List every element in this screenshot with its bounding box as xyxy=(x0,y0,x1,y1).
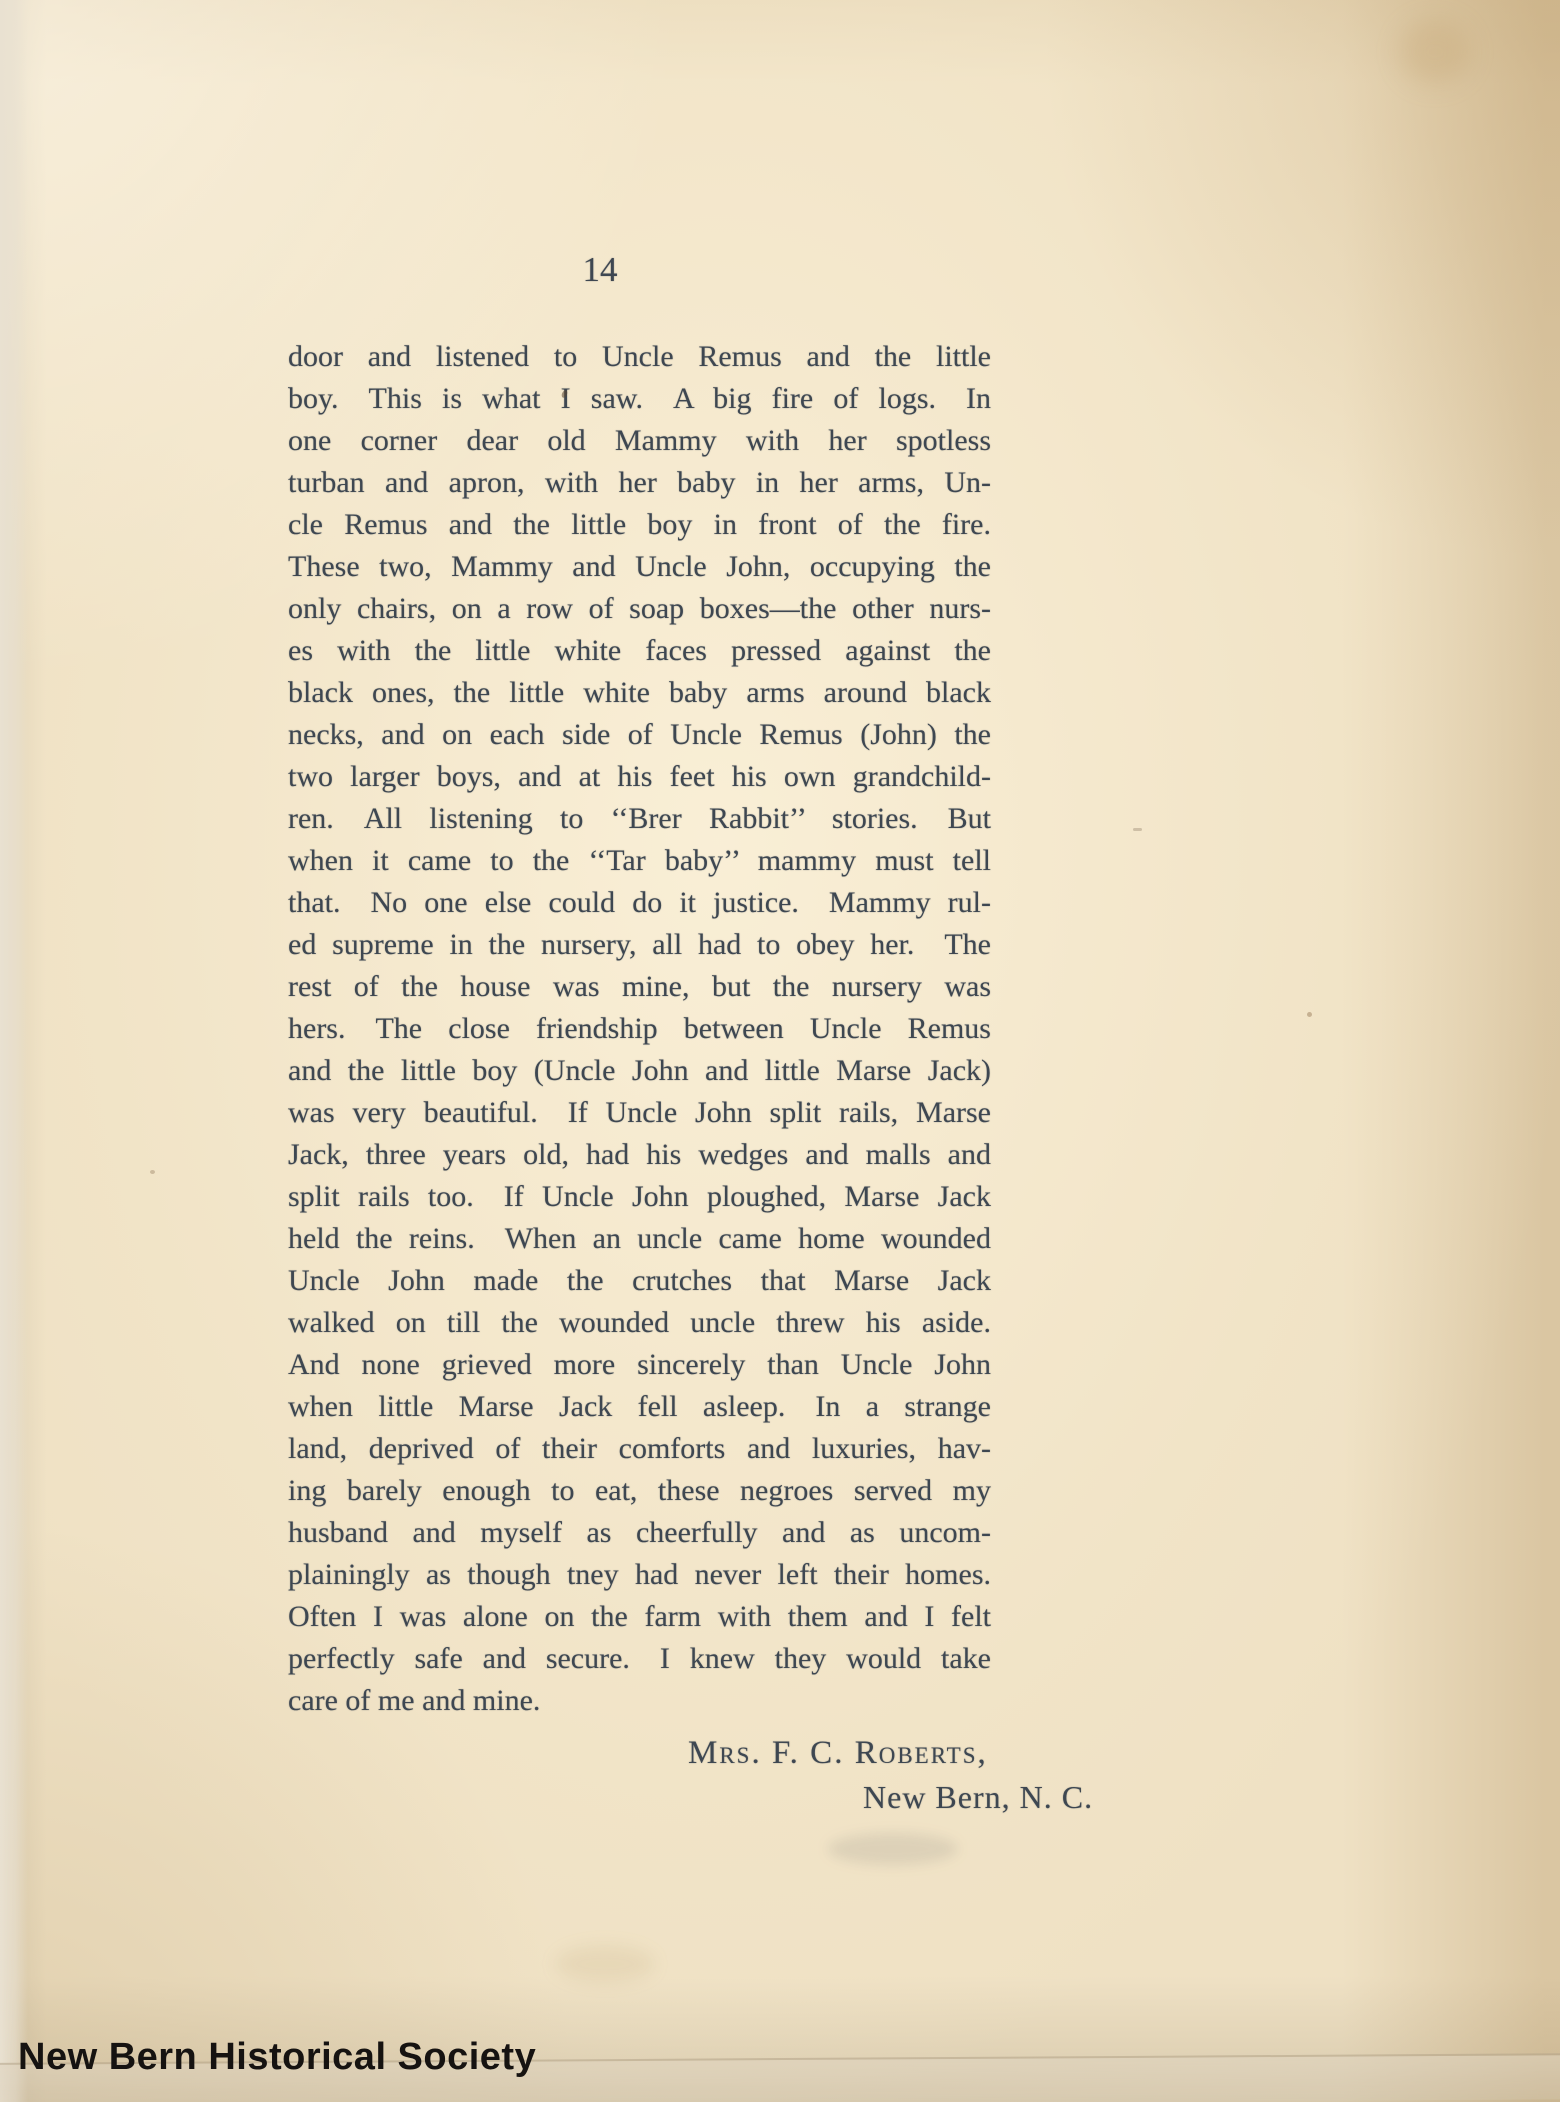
signature-place: New Bern, N. C. xyxy=(863,1776,991,1818)
body-text-line: Jack, three years old, had his wedges an… xyxy=(288,1134,991,1176)
body-text-line: door and listened to Uncle Remus and the… xyxy=(288,336,991,378)
body-text: door and listened to Uncle Remus and the… xyxy=(288,336,991,1818)
signature-name: Mrs. F. C. Roberts, xyxy=(688,1732,991,1774)
body-text-line: es with the little white faces pressed a… xyxy=(288,630,991,672)
scanned-page: 14 door and listened to Uncle Remus and … xyxy=(0,0,1560,2102)
body-text-line: one corner dear old Mammy with her spotl… xyxy=(288,420,991,462)
body-text-line: land, deprived of their comforts and lux… xyxy=(288,1428,991,1470)
body-text-line: cle Remus and the little boy in front of… xyxy=(288,504,991,546)
body-text-line: was very beautiful. If Uncle John split … xyxy=(288,1092,991,1134)
body-text-line: Uncle John made the crutches that Marse … xyxy=(288,1260,991,1302)
body-text-line: held the reins. When an uncle came home … xyxy=(288,1218,991,1260)
page-number: 14 xyxy=(560,250,640,290)
page-left-edge xyxy=(0,0,28,2102)
body-text-line: black ones, the little white baby arms a… xyxy=(288,672,991,714)
ink-speck xyxy=(1307,1012,1312,1017)
body-text-line: Often I was alone on the farm with them … xyxy=(288,1596,991,1638)
body-text-line: split rails too. If Uncle John ploughed,… xyxy=(288,1176,991,1218)
body-text-line: husband and myself as cheerfully and as … xyxy=(288,1512,991,1554)
body-text-line: ed supreme in the nursery, all had to ob… xyxy=(288,924,991,966)
paper-smudge xyxy=(828,1833,958,1865)
body-text-line: ing barely enough to eat, these negroes … xyxy=(288,1470,991,1512)
body-text-line: two larger boys, and at his feet his own… xyxy=(288,756,991,798)
body-text-line: These two, Mammy and Uncle John, occupyi… xyxy=(288,546,991,588)
body-text-line: necks, and on each side of Uncle Remus (… xyxy=(288,714,991,756)
ink-speck xyxy=(1133,828,1142,831)
body-text-line: care of me and mine. xyxy=(288,1680,991,1722)
paper-stain xyxy=(1400,20,1470,84)
body-text-line: rest of the house was mine, but the nurs… xyxy=(288,966,991,1008)
body-text-line: hers. The close friendship between Uncle… xyxy=(288,1008,991,1050)
body-text-line: And none grieved more sincerely than Unc… xyxy=(288,1344,991,1386)
body-text-line: ren. All listening to ‘‘Brer Rabbit’’ st… xyxy=(288,798,991,840)
body-text-line: that. No one else could do it justice. M… xyxy=(288,882,991,924)
body-text-line: only chairs, on a row of soap boxes—the … xyxy=(288,588,991,630)
body-text-line: plainingly as though tney had never left… xyxy=(288,1554,991,1596)
body-text-line: when it came to the ‘‘Tar baby’’ mammy m… xyxy=(288,840,991,882)
body-text-line: and the little boy (Uncle John and littl… xyxy=(288,1050,991,1092)
watermark-label: New Bern Historical Society xyxy=(18,2036,536,2079)
body-text-line: when little Marse Jack fell asleep. In a… xyxy=(288,1386,991,1428)
body-text-line: perfectly safe and secure. I knew they w… xyxy=(288,1638,991,1680)
paper-stain xyxy=(555,1945,655,1983)
ink-speck xyxy=(150,1170,155,1174)
body-text-line: turban and apron, with her baby in her a… xyxy=(288,462,991,504)
body-text-line: boy. This is what I saw. A big fire of l… xyxy=(288,378,991,420)
body-text-line: walked on till the wounded uncle threw h… xyxy=(288,1302,991,1344)
